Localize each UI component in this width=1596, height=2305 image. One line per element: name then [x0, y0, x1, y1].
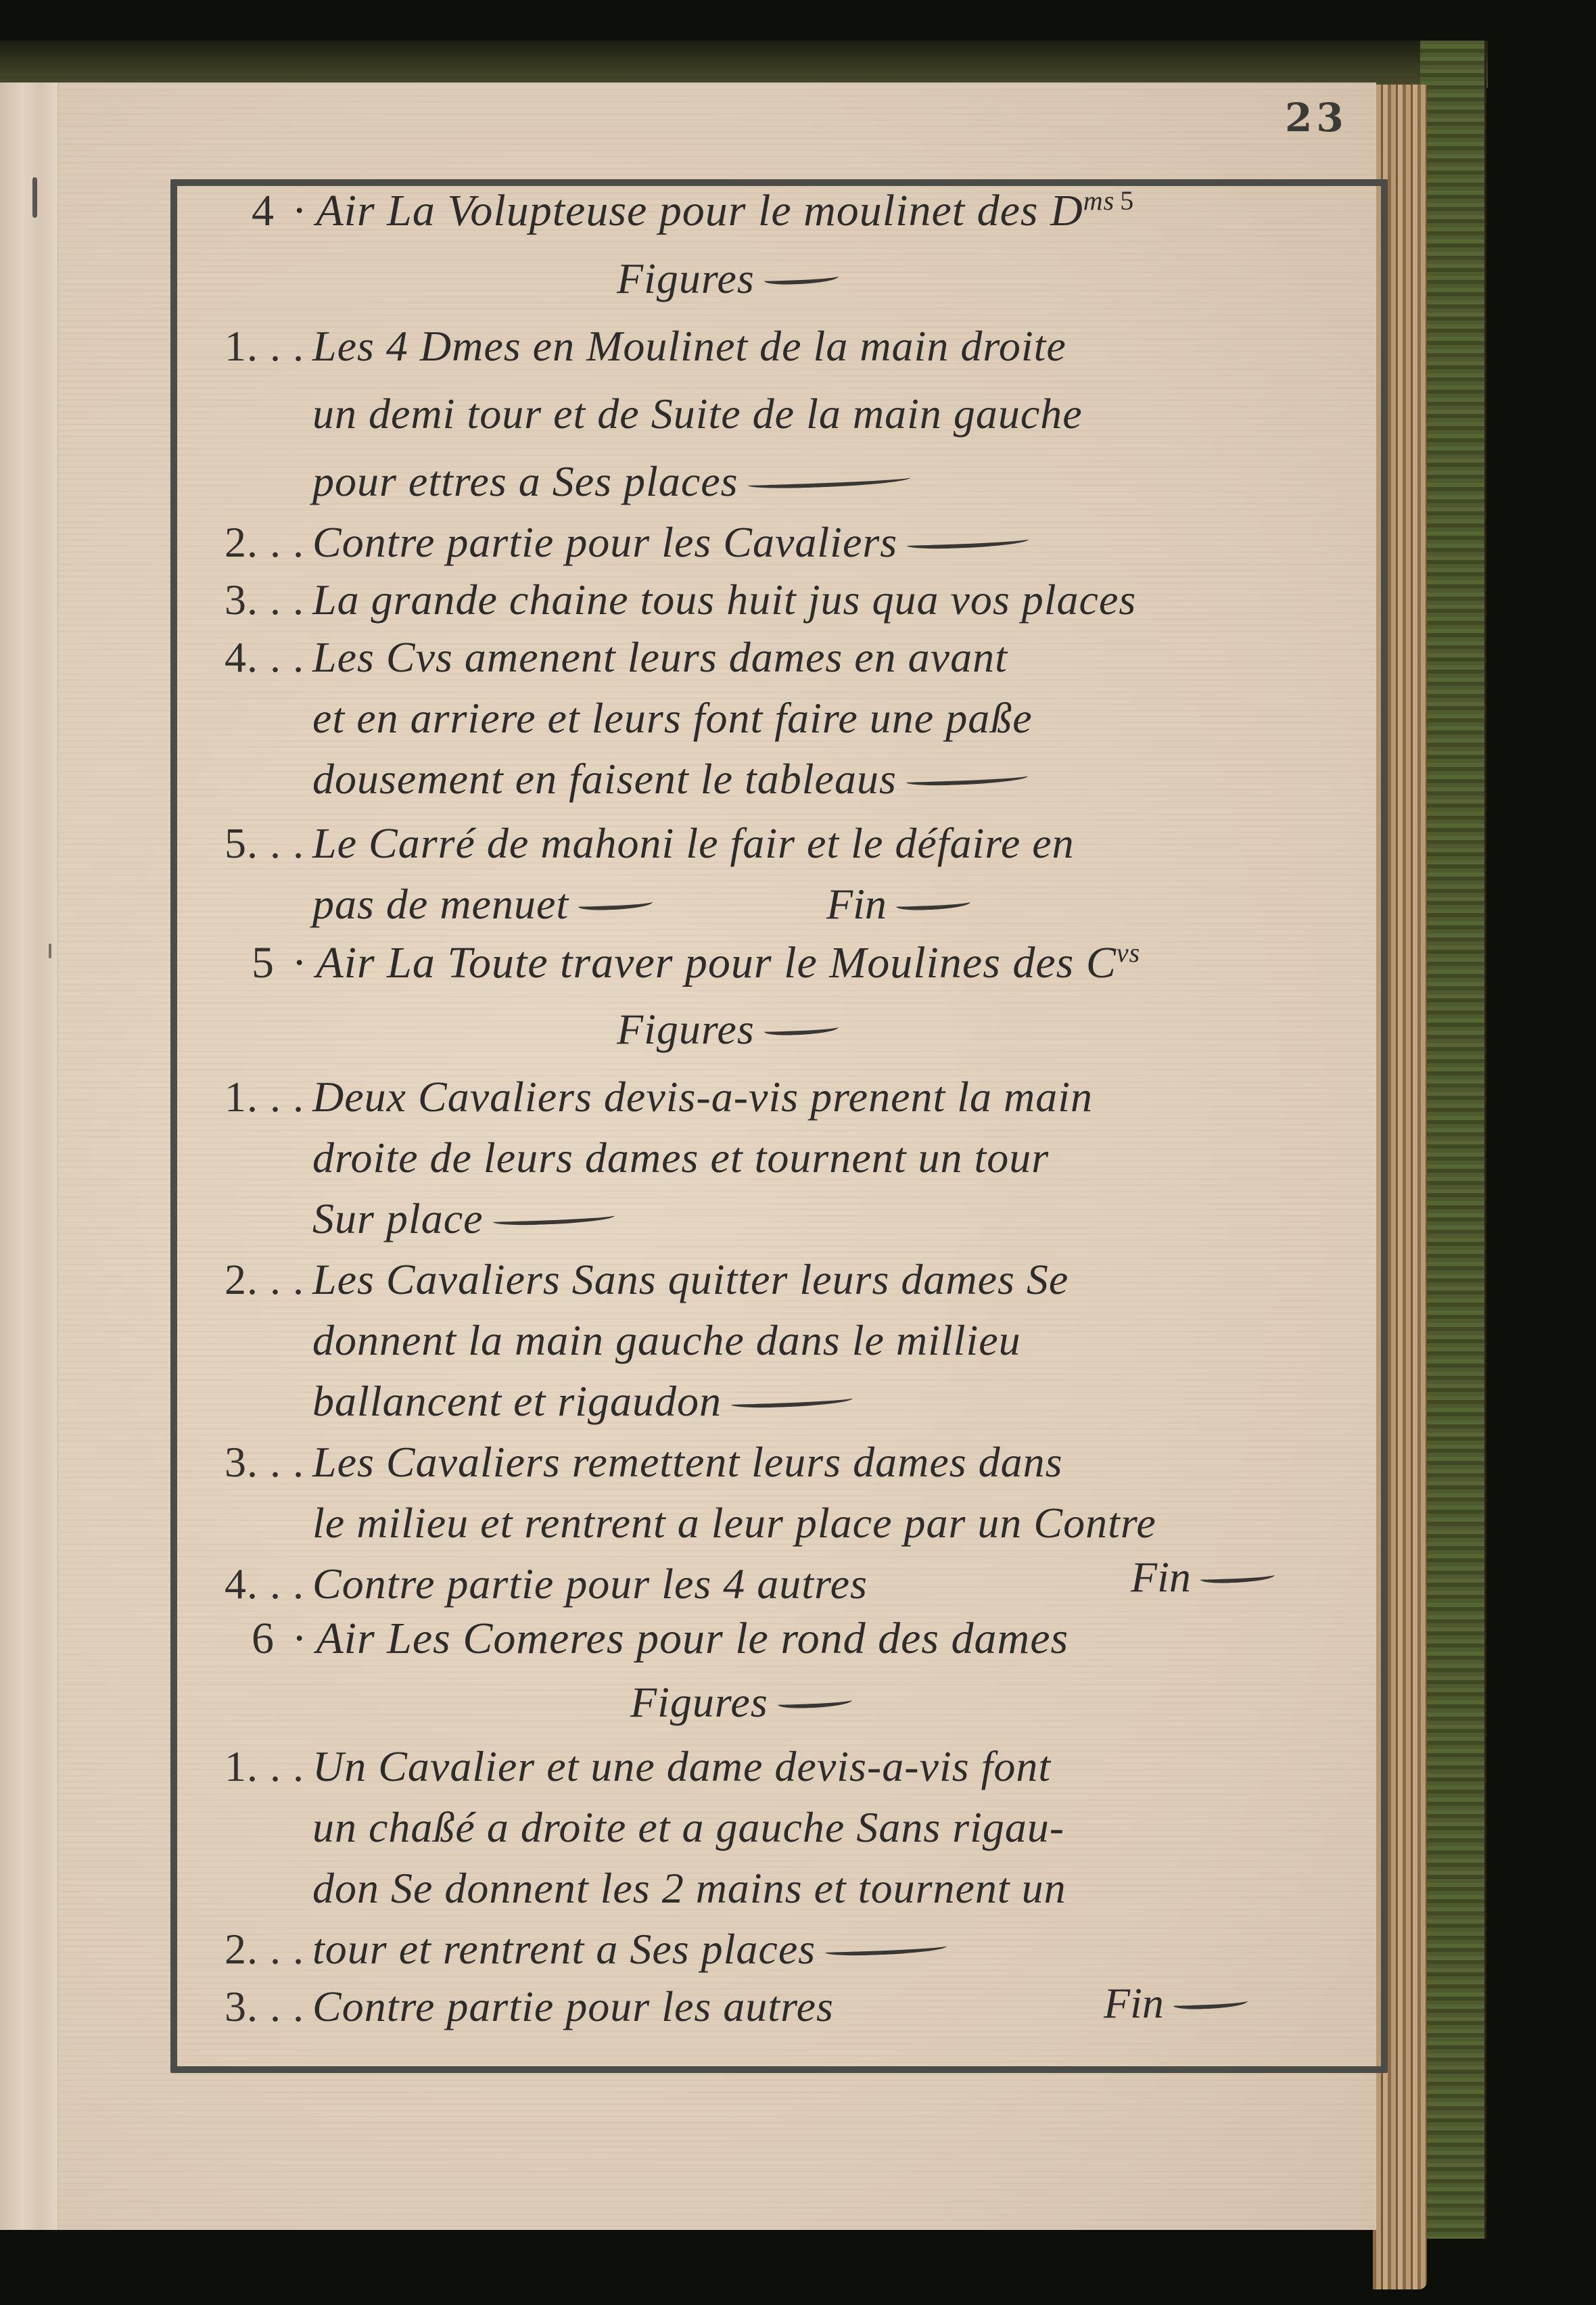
title-separator: · [281, 1614, 316, 1663]
section-title: 6 · Air Les Comeres pour le rond des dam… [252, 1613, 1069, 1664]
figure-line: droite de leurs dames et tournent un tou… [312, 1133, 1049, 1183]
figure-line: ballancent et rigaudon [312, 1376, 853, 1426]
swash-flourish [1173, 1997, 1248, 2010]
swash-flourish [764, 272, 838, 285]
page-gutter [0, 83, 58, 2230]
book-cover-spine [1420, 41, 1486, 2239]
title-note: 5 [1120, 185, 1134, 216]
section-title: 5 · Air La Toute traver pour le Moulines… [252, 937, 1140, 989]
swash-flourish [731, 1394, 853, 1409]
swash-flourish [747, 473, 910, 490]
figure-line: 2. . .Les Cavaliers Sans quitter leurs d… [225, 1255, 1069, 1305]
figure-line: le milieu et rentrent a leur place par u… [312, 1498, 1156, 1548]
figure-line: 3. . .La grande chaine tous huit jus qua… [225, 575, 1136, 625]
figure-line: un demi tour et de Suite de la main gauc… [312, 389, 1083, 439]
figure-line: 4. . .Contre partie pour les 4 autres [225, 1559, 868, 1609]
figure-line: 3. . .Les Cavaliers remettent leurs dame… [225, 1437, 1063, 1487]
fin-marker: Fin [826, 879, 970, 929]
title-separator: · [281, 186, 316, 235]
figure-line: 1. . .Deux Cavaliers devis-a-vis prenent… [225, 1072, 1093, 1122]
title-separator: · [281, 938, 316, 987]
margin-ink-mark [32, 177, 37, 218]
figure-line: 3. . .Contre partie pour les autres [225, 1982, 834, 2032]
swash-flourish [906, 772, 1028, 787]
figure-line: 4. . .Les Cvs amenent leurs dames en ava… [225, 632, 1008, 682]
figures-heading: Figures [630, 1677, 852, 1727]
book-cover-top [0, 41, 1488, 88]
figure-line: Sur place [312, 1194, 615, 1244]
figure-line: dousement en faisent le tableaus [312, 754, 1028, 804]
figure-line: pas de menuet [312, 879, 653, 929]
swash-flourish [578, 898, 653, 911]
swash-flourish [764, 1023, 838, 1036]
swash-flourish [492, 1211, 614, 1226]
figure-line: 5. . .Le Carré de mahoni le fair et le d… [225, 818, 1075, 868]
figures-heading: Figures [617, 254, 839, 304]
fin-marker: Fin [1104, 1978, 1248, 2028]
figure-line: un chaßé a droite et a gauche Sans rigau… [312, 1802, 1064, 1853]
figure-line: donnent la main gauche dans le millieu [312, 1316, 1021, 1366]
page-number: 23 [1285, 95, 1348, 141]
figure-line: 1. . .Les 4 Dmes en Moulinet de la main … [225, 321, 1066, 371]
figures-heading: Figures [617, 1004, 839, 1054]
swash-flourish [1200, 1570, 1275, 1584]
figure-line: 1. . .Un Cavalier et une dame devis-a-vi… [225, 1742, 1051, 1792]
fin-marker: Fin [1131, 1552, 1275, 1602]
swash-flourish [777, 1696, 851, 1709]
swash-flourish [896, 898, 970, 911]
figure-line: don Se donnent les 2 mains et tournent u… [312, 1863, 1066, 1913]
page-content: 4 · Air La Volupteuse pour le moulinet d… [177, 186, 1381, 2066]
figure-line: 2. . .Contre partie pour les Cavaliers [225, 517, 1029, 567]
section-title: 4 · Air La Volupteuse pour le moulinet d… [252, 185, 1134, 237]
margin-ink-dot [49, 944, 51, 958]
figure-line: 2. . .tour et rentrent a Ses places [225, 1924, 947, 1974]
swash-flourish [907, 535, 1029, 550]
figure-line: pour ettres a Ses places [312, 457, 910, 507]
swash-flourish [825, 1942, 947, 1957]
figure-line: et en arriere et leurs font faire une pa… [312, 693, 1033, 743]
